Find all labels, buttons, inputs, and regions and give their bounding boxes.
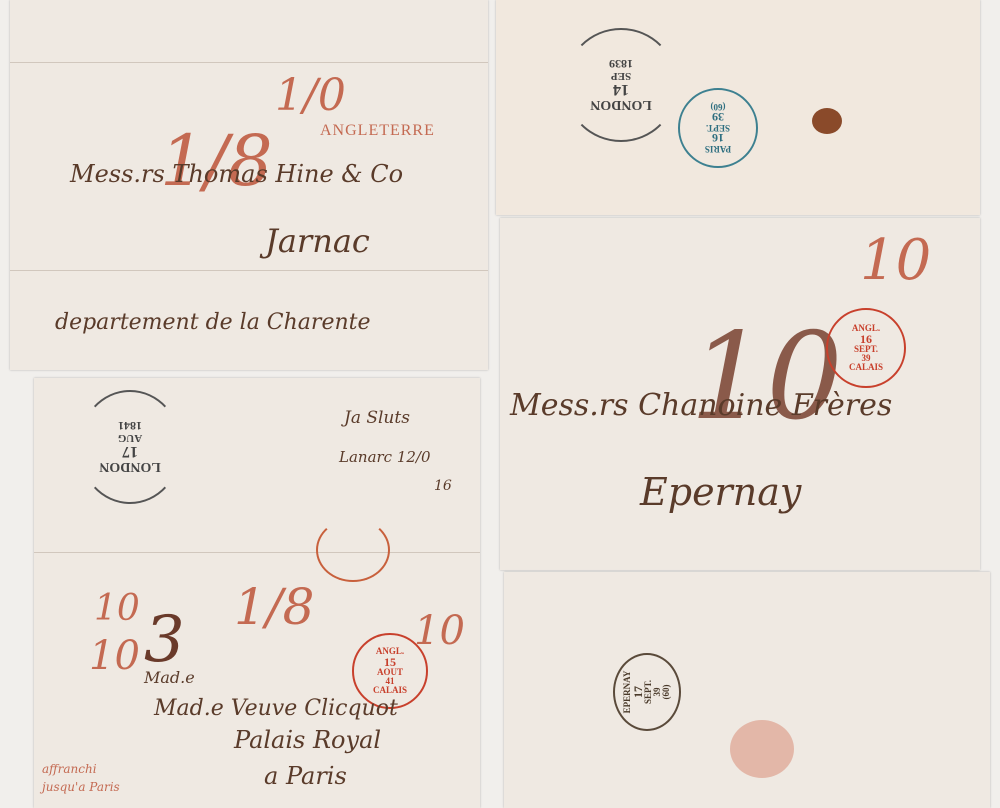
rate-mark: 3 (144, 603, 185, 677)
note-line: jusqu'a Paris (42, 780, 120, 794)
rate-mark: 1/8 (234, 578, 314, 636)
address-line: departement de la Charente (55, 310, 371, 335)
red-circle-mark (316, 518, 390, 582)
address-line: Jarnac (265, 222, 370, 260)
letter-top-right: LONDON 14 SEP 1839 PARIS 16 SEPT. 39 (60… (496, 0, 980, 215)
london-postmark: LONDON 17 AUG 1841 (78, 390, 182, 504)
docket-line: Lanarc 12/0 (339, 448, 431, 466)
letter-middle-right: 10 10 ANGL. 16 SEPT. 39 CALAIS Mess.rs C… (500, 218, 980, 570)
calais-entry-postmark: ANGL. 16 SEPT. 39 CALAIS (826, 308, 906, 388)
address-line: Mess.rs Chanoine Frères (510, 388, 892, 423)
angleterre-mark: ANGLETERRE (320, 122, 435, 140)
letter-bottom-right: EPERNAY 17 SEPT. 39 (60) (504, 572, 990, 808)
address-line: a Paris (264, 762, 347, 790)
address-line: Mess.rs Thomas Hine & Co (70, 160, 403, 188)
rate-mark: 10 (414, 608, 465, 654)
letter-top-left: ANGLETERRE 1/8 1/0 Mess.rs Thomas Hine &… (10, 0, 488, 370)
epernay-postmark: EPERNAY 17 SEPT. 39 (60) (613, 653, 681, 731)
address-line: Palais Royal (234, 726, 381, 754)
paris-postmark: PARIS 16 SEPT. 39 (60) (678, 88, 758, 168)
note-line: affranchi (42, 762, 97, 776)
fold-line (34, 552, 480, 553)
rate-mark: 10 (690, 308, 843, 447)
wax-seal (730, 720, 794, 778)
rate-mark: 10 (94, 588, 140, 629)
rate-mark: 10 (860, 228, 931, 293)
fold-line (10, 62, 488, 63)
rate-mark: 10 (89, 633, 140, 679)
address-line: Mad.e Veuve Clicquot (154, 696, 398, 721)
docket-line: 16 (434, 478, 452, 494)
wax-spot (812, 108, 842, 134)
docket-line: Ja Sluts (344, 408, 410, 428)
rate-mark: 1/0 (275, 70, 346, 121)
address-line: Epernay (640, 470, 801, 514)
fold-line (10, 270, 488, 271)
letter-bottom-left: LONDON 17 AUG 1841 Ja Sluts Lanarc 12/0 … (34, 378, 480, 808)
london-postmark: LONDON 14 SEP 1839 (564, 28, 678, 142)
address-line: Mad.e (144, 668, 195, 687)
